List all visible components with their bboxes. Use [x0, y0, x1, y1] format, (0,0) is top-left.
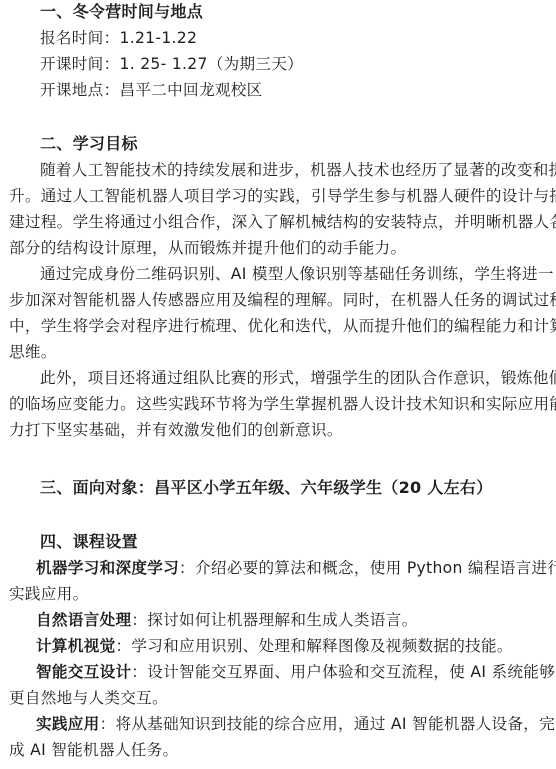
section-2-title: 二、学习目标 [40, 134, 138, 154]
section-4-title: 四、课程设置 [40, 532, 138, 552]
course-desc: ：学习和应用识别、处理和解释图像及视频数据的技能。 [115, 637, 512, 655]
section-3-title: 三、面向对象：昌平区小学五年级、六年级学生（20 人左右） [40, 478, 493, 498]
paragraph-line: 步加深对智能机器人传感器应用及编程的理解。同时，在机器人任务的调试过程 [9, 290, 556, 310]
course-desc-cont: 更自然地与人类交互。 [9, 688, 168, 708]
course-desc: ：将从基础知识到技能的综合应用，通过 AI 智能机器人设备，完 [100, 715, 556, 733]
registration-time: 报名时间：1.21-1.22 [40, 28, 197, 48]
class-location: 开课地点：昌平二中回龙观校区 [40, 80, 263, 100]
paragraph-line: 此外，项目还将通过组队比赛的形式，增强学生的团队合作意识，锻炼他们 [40, 368, 556, 388]
paragraph-line: 升。通过人工智能机器人项目学习的实践，引导学生参与机器人硬件的设计与搭 [9, 186, 556, 206]
course-label: 机器学习和深度学习 [36, 559, 179, 577]
course-item-interaction: 智能交互设计：设计智能交互界面、用户体验和交互流程，使 AI 系统能够 [36, 662, 555, 682]
paragraph-line: 思维。 [9, 342, 57, 362]
paragraph-line: 随着人工智能技术的持续发展和进步，机器人技术也经历了显著的改变和提 [40, 160, 556, 180]
paragraph-line: 部分的结构设计原理，从而锻炼并提升他们的动手能力。 [9, 238, 406, 258]
course-label: 实践应用 [36, 715, 100, 733]
course-desc-cont: 实践应用。 [9, 584, 88, 604]
paragraph-line: 通过完成身份二维码识别、AI 模型人像识别等基础任务训练，学生将进一 [40, 264, 554, 284]
course-desc-cont: 成 AI 智能机器人任务。 [9, 740, 178, 760]
section-1-title: 一、冬令营时间与地点 [40, 2, 203, 22]
course-item-ml: 机器学习和深度学习：介绍必要的算法和概念，使用 Python 编程语言进行 [36, 558, 556, 578]
course-desc: ：介绍必要的算法和概念，使用 Python 编程语言进行 [179, 559, 556, 577]
course-item-nlp: 自然语言处理：探讨如何让机器理解和生成人类语言。 [36, 610, 417, 630]
course-label: 计算机视觉 [36, 637, 115, 655]
course-desc: ：探讨如何让机器理解和生成人类语言。 [131, 611, 417, 629]
course-desc: ：设计智能交互界面、用户体验和交互流程，使 AI 系统能够 [131, 663, 555, 681]
paragraph-line: 中，学生将学会对程序进行梳理、优化和迭代，从而提升他们的编程能力和计算 [9, 316, 556, 336]
paragraph-line: 力打下坚实基础，并有效激发他们的创新意识。 [9, 420, 343, 440]
paragraph-line: 的临场应变能力。这些实践环节将为学生掌握机器人设计技术知识和实际应用能 [9, 394, 556, 414]
course-item-cv: 计算机视觉：学习和应用识别、处理和解释图像及视频数据的技能。 [36, 636, 513, 656]
paragraph-line: 建过程。学生将通过小组合作，深入了解机械结构的安装特点，并明晰机器人各 [9, 212, 556, 232]
course-label: 智能交互设计 [36, 663, 131, 681]
course-item-practice: 实践应用：将从基础知识到技能的综合应用，通过 AI 智能机器人设备，完 [36, 714, 555, 734]
class-time: 开课时间：1. 25- 1.27（为期三天） [40, 54, 303, 74]
course-label: 自然语言处理 [36, 611, 131, 629]
